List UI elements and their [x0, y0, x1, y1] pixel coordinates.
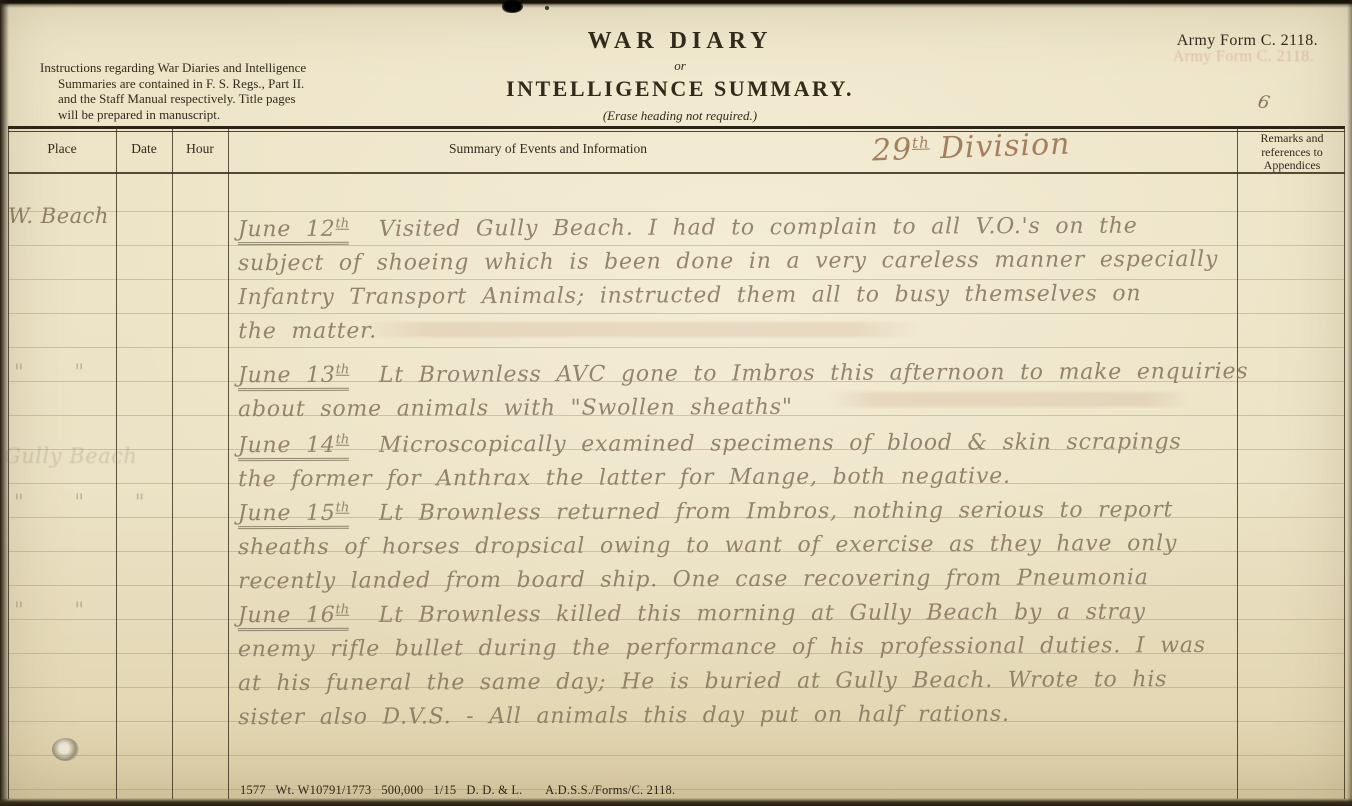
divider-date-hour [172, 127, 173, 799]
army-form-number-ghost: Army Form C. 2118. [1173, 48, 1314, 66]
entry-line: subject of shoeing which is been done in… [238, 243, 1238, 281]
diary-entry: June 15th Lt Brownless returned from Imb… [238, 488, 1238, 600]
place-entry: W. Beach [8, 204, 109, 228]
diary-entry: June 13th Lt Brownless AVC gone to Imbro… [238, 350, 1238, 428]
column-header-bottom-rule [8, 172, 1345, 174]
entry-line: June 12th Visited Gully Beach. I had to … [238, 204, 1238, 248]
instructions-line: Summaries are contained in F. S. Regs., … [58, 76, 380, 92]
entry-line: enemy rifle bullet during the performanc… [238, 629, 1238, 667]
form-title-block: WAR DIARY or INTELLIGENCE SUMMARY. (Eras… [430, 28, 930, 124]
entry-line: sheaths of horses dropsical owing to wan… [238, 527, 1238, 565]
war-diary-page: Instructions regarding War Diaries and I… [0, 0, 1352, 806]
unit-number: 29 [871, 132, 912, 168]
column-header-date: Date [116, 141, 172, 157]
place-entry: " " [14, 360, 85, 384]
pencil-mark: 6 [1256, 91, 1272, 114]
form-title-or: or [430, 58, 930, 74]
header-rule-thin [8, 131, 1345, 132]
unit-annotation: 29thDivision [871, 127, 1071, 169]
column-header-place: Place [8, 141, 116, 157]
form-title: WAR DIARY [430, 28, 930, 55]
entry-date: June 14th [238, 433, 349, 461]
column-header-summary: Summary of Events and Information [228, 141, 868, 157]
instructions-block: Instructions regarding War Diaries and I… [40, 60, 380, 122]
diary-entry: June 14th Microscopically examined speci… [238, 420, 1238, 498]
scan-edge-bottom [0, 798, 1352, 806]
entry-line: the matter. [238, 311, 1238, 349]
printers-imprint: 1577 Wt. W10791/1773 500,000 1/15 D. D. … [240, 783, 675, 798]
entry-line: June 13th Lt Brownless AVC gone to Imbro… [238, 350, 1238, 394]
remarks-line: Appendices [1239, 159, 1345, 173]
ink-blot [502, 0, 523, 13]
entry-line: Infantry Transport Animals; instructed t… [238, 277, 1238, 315]
place-entry: " " [14, 598, 85, 622]
entry-line: June 16th Lt Brownless killed this morni… [238, 590, 1238, 634]
entry-line: sister also D.V.S. - All animals this da… [238, 697, 1238, 735]
instructions-line: Instructions regarding War Diaries and I… [40, 60, 380, 76]
entry-date: June 12th [238, 217, 349, 245]
entry-date: June 13th [238, 363, 349, 391]
header-rule-thick [8, 126, 1345, 129]
entry-line: at his funeral the same day; He is burie… [238, 663, 1238, 701]
entry-line: June 15th Lt Brownless returned from Imb… [238, 488, 1238, 532]
place-entry: " " " [14, 490, 145, 514]
scan-edge-right [1347, 0, 1352, 806]
ink-dot [545, 6, 549, 10]
unit-name: Division [939, 127, 1071, 167]
table-right-border [1344, 127, 1345, 799]
unit-ordinal: th [912, 133, 930, 152]
entry-date: June 16th [238, 603, 349, 631]
column-header-hour: Hour [172, 141, 228, 157]
place-entry: Gully Beach [4, 444, 137, 468]
instructions-line: and the Staff Manual respectively. Title… [58, 91, 380, 107]
scan-edge-top [0, 0, 1352, 8]
column-header-remarks: Remarks and references to Appendices [1239, 132, 1345, 173]
entry-date: June 15th [238, 501, 349, 529]
divider-hour-summary [228, 127, 229, 799]
form-title-note: (Erase heading not required.) [430, 108, 930, 124]
entry-line: June 14th Microscopically examined speci… [238, 420, 1238, 464]
diary-entry: June 16th Lt Brownless killed this morni… [238, 590, 1239, 736]
remarks-line: Remarks and [1239, 132, 1345, 146]
remarks-line: references to [1239, 146, 1345, 160]
instructions-line: will be prepared in manuscript. [58, 107, 380, 123]
form-title-alt: INTELLIGENCE SUMMARY. [430, 76, 930, 102]
diary-entry: June 12th Visited Gully Beach. I had to … [238, 204, 1239, 350]
